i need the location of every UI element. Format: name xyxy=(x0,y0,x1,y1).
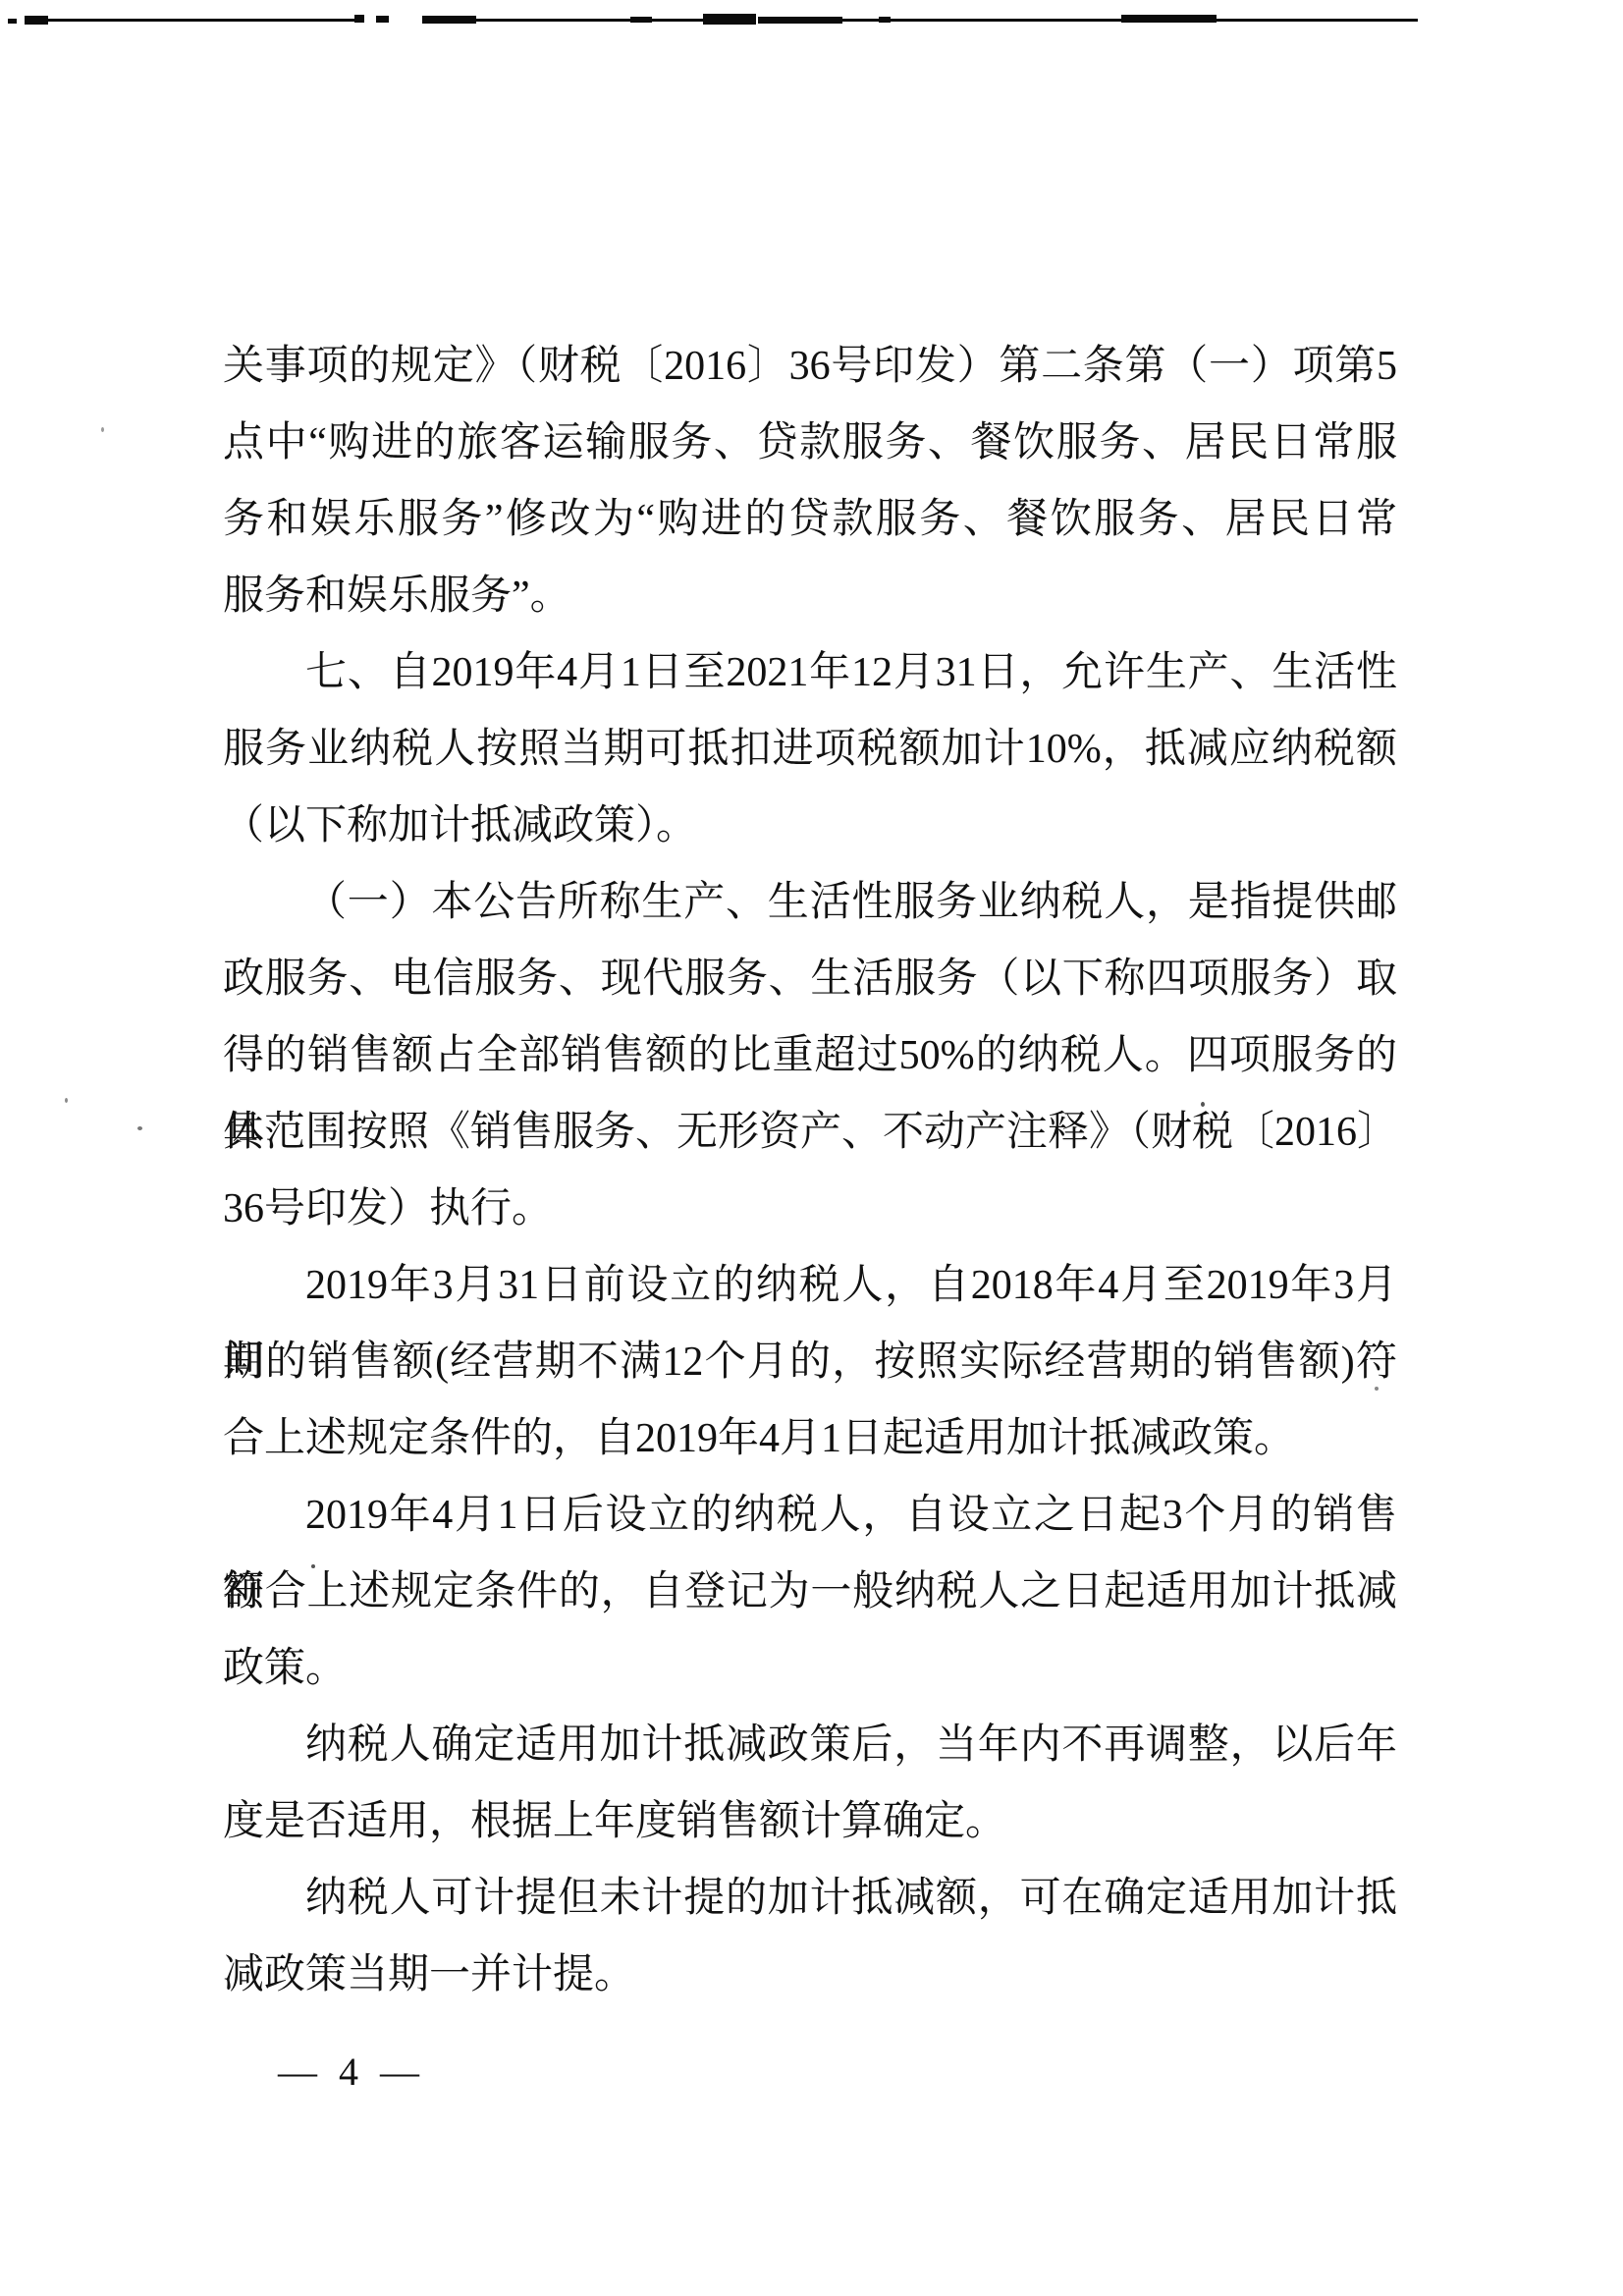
text-line: 合上述规定条件的，自2019年4月1日起适用加计抵减政策。 xyxy=(223,1400,1397,1477)
scan-artifact-segment xyxy=(630,17,652,23)
scan-artifact-segment xyxy=(8,19,17,24)
page-number: — 4 — xyxy=(278,2049,425,2096)
scan-artifact-segment xyxy=(376,16,389,23)
scan-artifact-segment xyxy=(890,19,1123,22)
text-line: 2019年4月1日后设立的纳税人，自设立之日起3个月的销售额 xyxy=(223,1477,1397,1554)
text-line: 纳税人确定适用加计抵减政策后，当年内不再调整，以后年 xyxy=(223,1707,1397,1783)
scan-artifact-segment xyxy=(476,19,633,22)
scan-artifact-segment xyxy=(703,14,756,25)
text-line: 间的销售额(经营期不满12个月的，按照实际经营期的销售额)符 xyxy=(223,1324,1397,1400)
text-line: 七、自2019年4月1日至2021年12月31日，允许生产、生活性 xyxy=(223,634,1397,711)
text-line: 政策。 xyxy=(223,1630,1397,1707)
text-line: 符合上述规定条件的，自登记为一般纳税人之日起适用加计抵减 xyxy=(223,1554,1397,1630)
scan-artifact-segment xyxy=(758,17,842,24)
scan-artifact-segment xyxy=(1216,19,1418,22)
document-page: 关事项的规定》（财税〔2016〕36号印发）第二条第（一）项第5点中“购进的旅客… xyxy=(0,0,1623,2296)
scan-speck xyxy=(65,1098,68,1103)
text-line: 减政策当期一并计提。 xyxy=(223,1937,1397,2013)
scan-artifact-segment xyxy=(25,16,48,25)
text-line: 务和娱乐服务”修改为“购进的贷款服务、餐饮服务、居民日常 xyxy=(223,481,1397,558)
text-line: 点中“购进的旅客运输服务、贷款服务、餐饮服务、居民日常服 xyxy=(223,405,1397,481)
scan-speck xyxy=(137,1126,142,1130)
scan-artifact-segment xyxy=(422,16,476,24)
scan-artifact-segment xyxy=(652,19,705,22)
text-line: （一）本公告所称生产、生活性服务业纳税人，是指提供邮 xyxy=(223,864,1397,941)
scan-artifact-segment xyxy=(354,15,364,23)
text-line: 关事项的规定》（财税〔2016〕36号印发）第二条第（一）项第5 xyxy=(223,328,1397,405)
text-line: 得的销售额占全部销售额的比重超过50%的纳税人。四项服务的具 xyxy=(223,1017,1397,1094)
text-line: 服务和娱乐服务”。 xyxy=(223,558,1397,634)
text-line: 2019年3月31日前设立的纳税人，自2018年4月至2019年3月期 xyxy=(223,1247,1397,1324)
text-line: （以下称加计抵减政策）。 xyxy=(223,788,1397,864)
text-line: 度是否适用，根据上年度销售额计算确定。 xyxy=(223,1783,1397,1860)
text-line: 纳税人可计提但未计提的加计抵减额，可在确定适用加计抵 xyxy=(223,1860,1397,1937)
document-body: 关事项的规定》（财税〔2016〕36号印发）第二条第（一）项第5点中“购进的旅客… xyxy=(223,328,1397,2013)
scan-artifact-segment xyxy=(1121,15,1217,23)
text-line: 政服务、电信服务、现代服务、生活服务（以下称四项服务）取 xyxy=(223,941,1397,1017)
scan-artifact-segment xyxy=(842,19,880,22)
text-line: 36号印发）执行。 xyxy=(223,1171,1397,1247)
text-line: 体范围按照《销售服务、无形资产、不动产注释》（财税〔2016〕 xyxy=(223,1094,1397,1171)
scan-artifact-segment xyxy=(47,19,355,22)
text-line: 服务业纳税人按照当期可抵扣进项税额加计10%，抵减应纳税额 xyxy=(223,711,1397,788)
scan-speck xyxy=(101,427,104,432)
